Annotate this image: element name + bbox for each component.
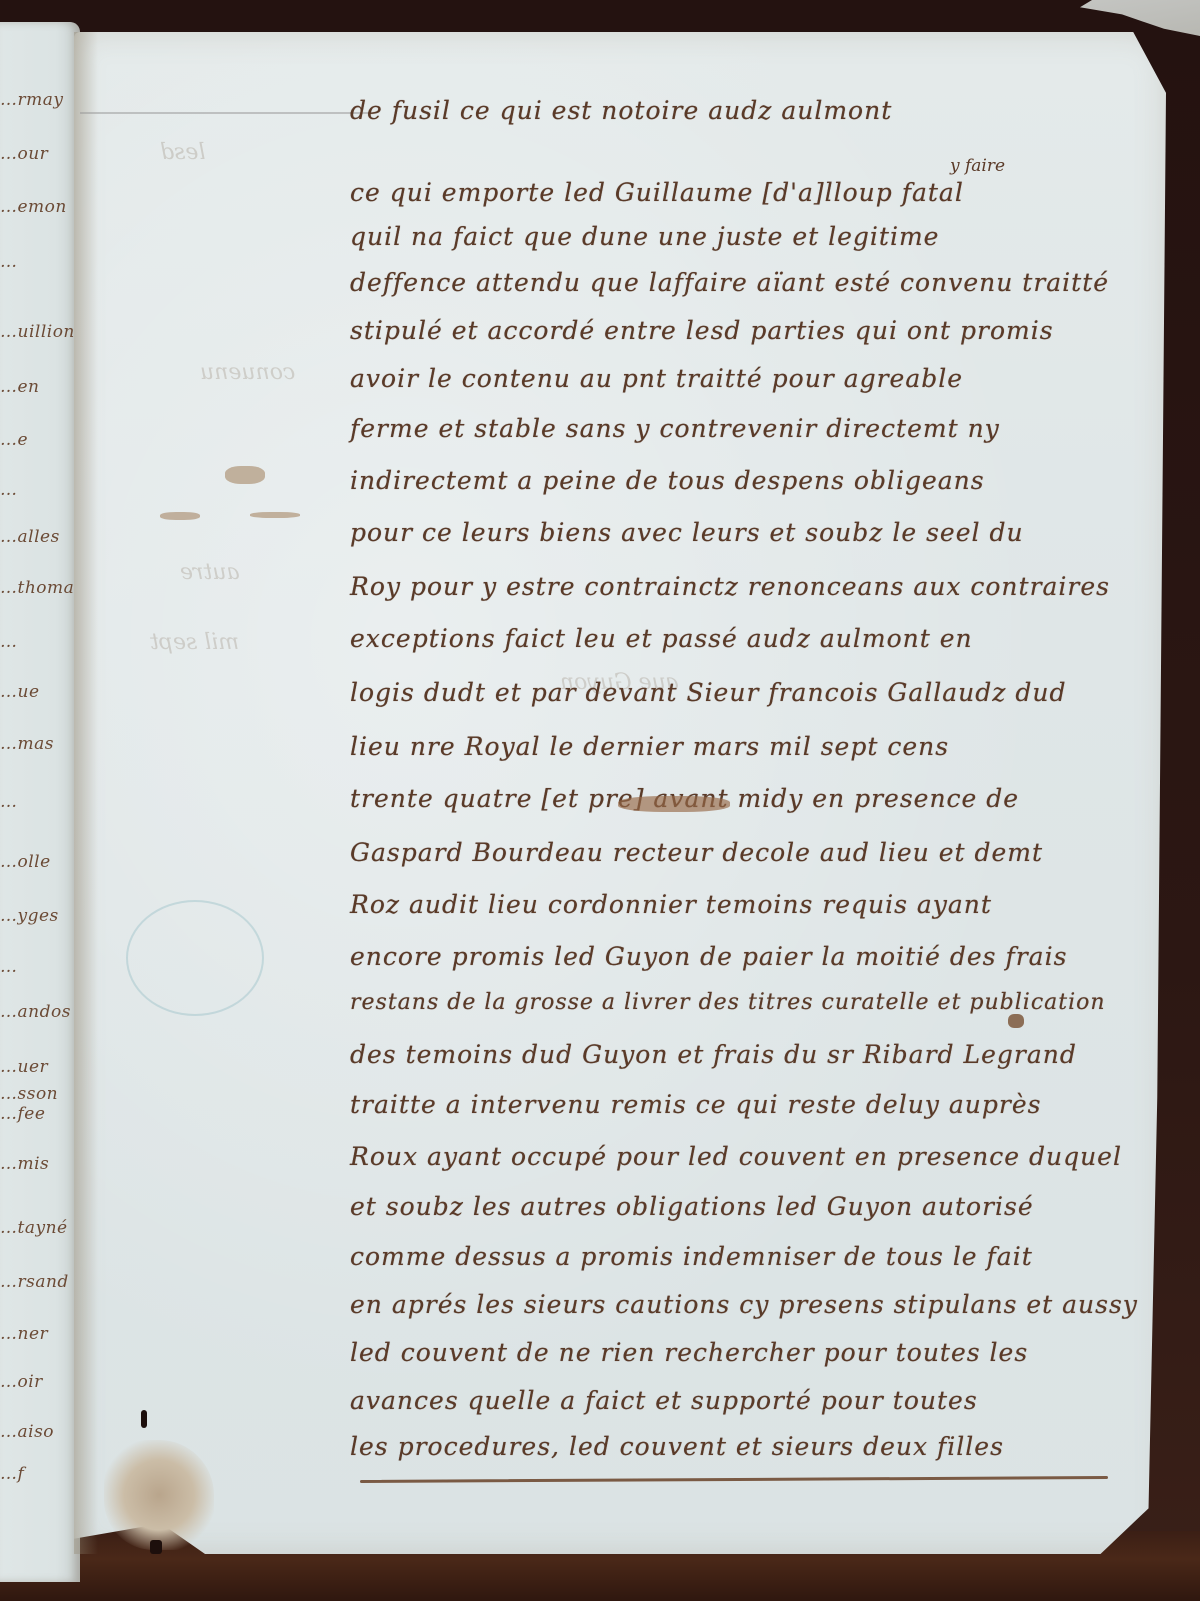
left-fragment: …en <box>0 377 40 397</box>
manuscript-line: pour ce leurs biens avec leurs et soubz … <box>350 518 1024 547</box>
left-fragment: …our <box>0 144 48 164</box>
left-fragment: …uillion <box>0 322 75 342</box>
manuscript-line: et soubz les autres obligations led Guyo… <box>350 1192 1034 1221</box>
left-fragment: …tayné <box>0 1218 68 1238</box>
bleed-through-text: conuenu <box>200 360 295 385</box>
facing-page-left: …rmay …our …emon … …uillion …en …e … …al… <box>0 22 80 1582</box>
faint-archive-stamp <box>126 900 264 1016</box>
wormhole <box>141 1410 147 1428</box>
left-fragment: … <box>0 957 18 977</box>
left-fragment: …rsand <box>0 1272 69 1292</box>
interlinear-insertion: y faire <box>950 156 1005 176</box>
ink-offset-blot <box>225 466 265 484</box>
manuscript-line: restans de la grosse a livrer des titres… <box>350 990 1106 1015</box>
left-fragment: …e <box>0 430 28 450</box>
left-fragment: …oir <box>0 1372 43 1392</box>
left-fragment: …fee <box>0 1104 45 1124</box>
manuscript-line: ce qui emporte led Guillaume [d'a]lloup … <box>350 178 964 207</box>
left-fragment: …alles <box>0 527 60 547</box>
left-fragment: …mis <box>0 1154 49 1174</box>
struck-out-word <box>618 796 730 812</box>
manuscript-line: Gaspard Bourdeau recteur decole aud lieu… <box>350 838 1043 867</box>
left-fragment: …mas <box>0 734 54 754</box>
left-fragment: …ue <box>0 682 40 702</box>
manuscript-line: stipulé et accordé entre lesd parties qu… <box>350 316 1054 345</box>
wormhole <box>150 1540 162 1554</box>
manuscript-line: en aprés les sieurs cautions cy presens … <box>350 1290 1138 1319</box>
manuscript-line: Roy pour y estre contrainctz renonceans … <box>350 572 1110 601</box>
manuscript-line: Roux ayant occupé pour led couvent en pr… <box>350 1142 1122 1171</box>
paper-damage-stain <box>104 1440 214 1550</box>
paper-crease <box>80 112 370 114</box>
left-fragment: …emon <box>0 197 67 217</box>
left-fragment: …aiso <box>0 1422 54 1442</box>
left-fragment: … <box>0 792 18 812</box>
manuscript-line: lieu nre Royal le dernier mars mil sept … <box>350 732 949 761</box>
manuscript-line: de fusil ce qui est notoire audz aulmont <box>350 96 892 125</box>
bleed-through-text: autre <box>180 560 240 585</box>
left-fragment: …f <box>0 1464 24 1484</box>
manuscript-line: quil na faict que dune une juste et legi… <box>350 222 939 251</box>
left-fragment: …olle <box>0 852 51 872</box>
manuscript-line: led couvent de ne rien rechercher pour t… <box>350 1338 1028 1367</box>
left-fragment: …andos <box>0 1002 71 1022</box>
left-fragment: … <box>0 480 18 500</box>
manuscript-line: indirectemt a peine de tous despens obli… <box>350 466 985 495</box>
manuscript-line: traitte a intervenu remis ce qui reste d… <box>350 1090 1041 1119</box>
left-fragment: …rmay <box>0 90 64 110</box>
left-fragment: …yges <box>0 906 59 926</box>
left-fragment: …sson <box>0 1084 58 1104</box>
manuscript-line: les procedures, led couvent et sieurs de… <box>350 1432 1004 1461</box>
manuscript-line: avances quelle a faict et supporté pour … <box>350 1386 978 1415</box>
binding-gutter-shadow <box>74 32 98 1554</box>
manuscript-line: exceptions faict leu et passé audz aulmo… <box>350 624 973 653</box>
manuscript-line: avoir le contenu au pnt traitté pour agr… <box>350 364 963 393</box>
manuscript-line: comme dessus a promis indemniser de tous… <box>350 1242 1033 1271</box>
left-fragment: …thomas <box>0 578 84 598</box>
left-fragment: …ner <box>0 1324 48 1344</box>
ink-offset-blot <box>160 512 200 520</box>
bleed-through-text: lesd <box>160 140 205 165</box>
manuscript-line: des temoins dud Guyon et frais du sr Rib… <box>350 1040 1077 1069</box>
bleed-through-text: mil sept <box>150 630 239 655</box>
manuscript-line: Roz audit lieu cordonnier temoins requis… <box>350 890 992 919</box>
left-fragment: … <box>0 252 18 272</box>
manuscript-line: ferme et stable sans y contrevenir direc… <box>350 414 1000 443</box>
ink-offset-blot <box>250 512 300 518</box>
left-fragment: …uer <box>0 1057 48 1077</box>
left-fragment: … <box>0 632 18 652</box>
manuscript-line: logis dudt et par devant Sieur francois … <box>350 678 1067 707</box>
ink-blot <box>1008 1014 1024 1028</box>
manuscript-line: deffence attendu que laffaire aïant esté… <box>350 268 1109 297</box>
manuscript-line: encore promis led Guyon de paier la moit… <box>350 942 1067 971</box>
